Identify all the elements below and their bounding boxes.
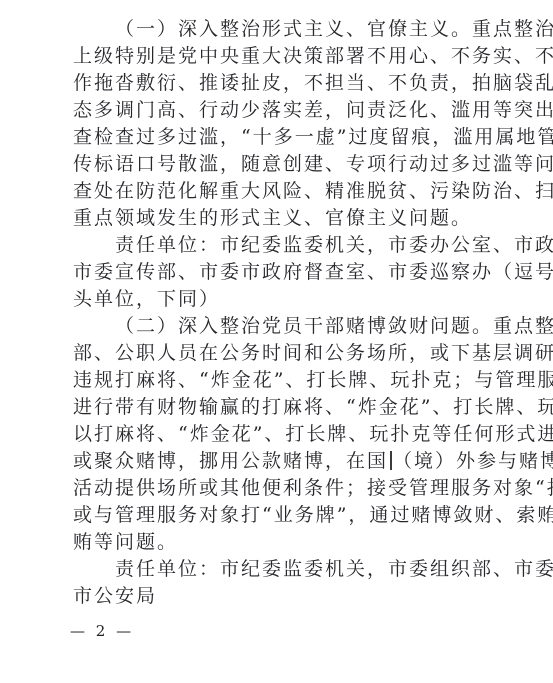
text-line: 态多调门高、行动少落实差，问责泛化、滥用等突出问题；督 [73,97,539,124]
document-page: （一）深入整治形式主义、官僚主义。重点整治贯彻落实 上级特别是党中央重大决策部署… [0,0,553,683]
text-line: 贿等问题。 [73,529,539,556]
text-line: 部、公职人员在公务时间和公务场所，或下基层调研和工作时 [73,340,539,367]
text-line: 责任单位：市纪委监委机关，市委办公室、市政府办公室、 [73,232,539,259]
paragraph-responsibility-1: 责任单位：市纪委监委机关，市委办公室、市政府办公室、 市委宣传部、市委市政府督查… [73,232,539,313]
text-line: 市公安局 [73,583,539,610]
paragraph-section-1: （一）深入整治形式主义、官僚主义。重点整治贯彻落实 上级特别是党中央重大决策部署… [73,16,539,232]
text-line: 违规打麻将、“炸金花”、打长牌、玩扑克；与管理服务对象 [73,367,539,394]
text-line: 传标语口号散滥，随意创建、专项行动过多过滥等问题；严肃 [73,151,539,178]
text-line: 作拖沓敷衍、推诿扯皮，不担当、不负责，拍脑袋乱决策，表 [73,70,539,97]
text-line: 或聚众赌博，挪用公款赌博，在国（境）外参与赌博，为赌博 [73,448,539,475]
text-line: 查处在防范化解重大风险、精准脱贫、污染防治、扫黑除恶等 [73,178,539,205]
text-line: （一）深入整治形式主义、官僚主义。重点整治贯彻落实 [73,16,539,43]
text-line: 活动提供场所或其他便利条件；接受管理服务对象“打底”钱， [73,475,539,502]
paragraph-section-2: （二）深入整治党员干部赌博敛财问题。重点整治党员干 部、公职人员在公务时间和公务… [73,313,539,556]
page-number: — 2 — [70,622,134,640]
text-segment: （境）外参与赌博，为赌博 [393,450,553,472]
text-line: 进行带有财物输赢的打麻将、“炸金花”、打长牌、玩扑克； [73,394,539,421]
text-line: 市委宣传部、市委市政府督查室、市委巡察办（逗号前的为牵 [73,259,539,286]
text-line: 头单位，下同） [73,286,539,313]
text-line: 责任单位：市纪委监委机关，市委组织部、市委政法委、 [73,556,539,583]
text-line: （二）深入整治党员干部赌博敛财问题。重点整治党员干 [73,313,539,340]
text-line: 以打麻将、“炸金花”、打长牌、玩扑克等任何形式进行赌博 [73,421,539,448]
text-segment: 或聚众赌博，挪用公款赌博，在国 [73,450,388,472]
document-body: （一）深入整治形式主义、官僚主义。重点整治贯彻落实 上级特别是党中央重大决策部署… [73,16,539,610]
text-line: 查检查过多过滥，“十多一虚”过度留痕，滥用属地管理，宣 [73,124,539,151]
text-line: 上级特别是党中央重大决策部署不用心、不务实、不尽力，工 [73,43,539,70]
paragraph-responsibility-2: 责任单位：市纪委监委机关，市委组织部、市委政法委、 市公安局 [73,556,539,610]
cursor-artifact [390,451,392,470]
text-line: 或与管理服务对象打“业务牌”，通过赌博敛财、索贿行贿受 [73,502,539,529]
text-line: 重点领域发生的形式主义、官僚主义问题。 [73,205,539,232]
